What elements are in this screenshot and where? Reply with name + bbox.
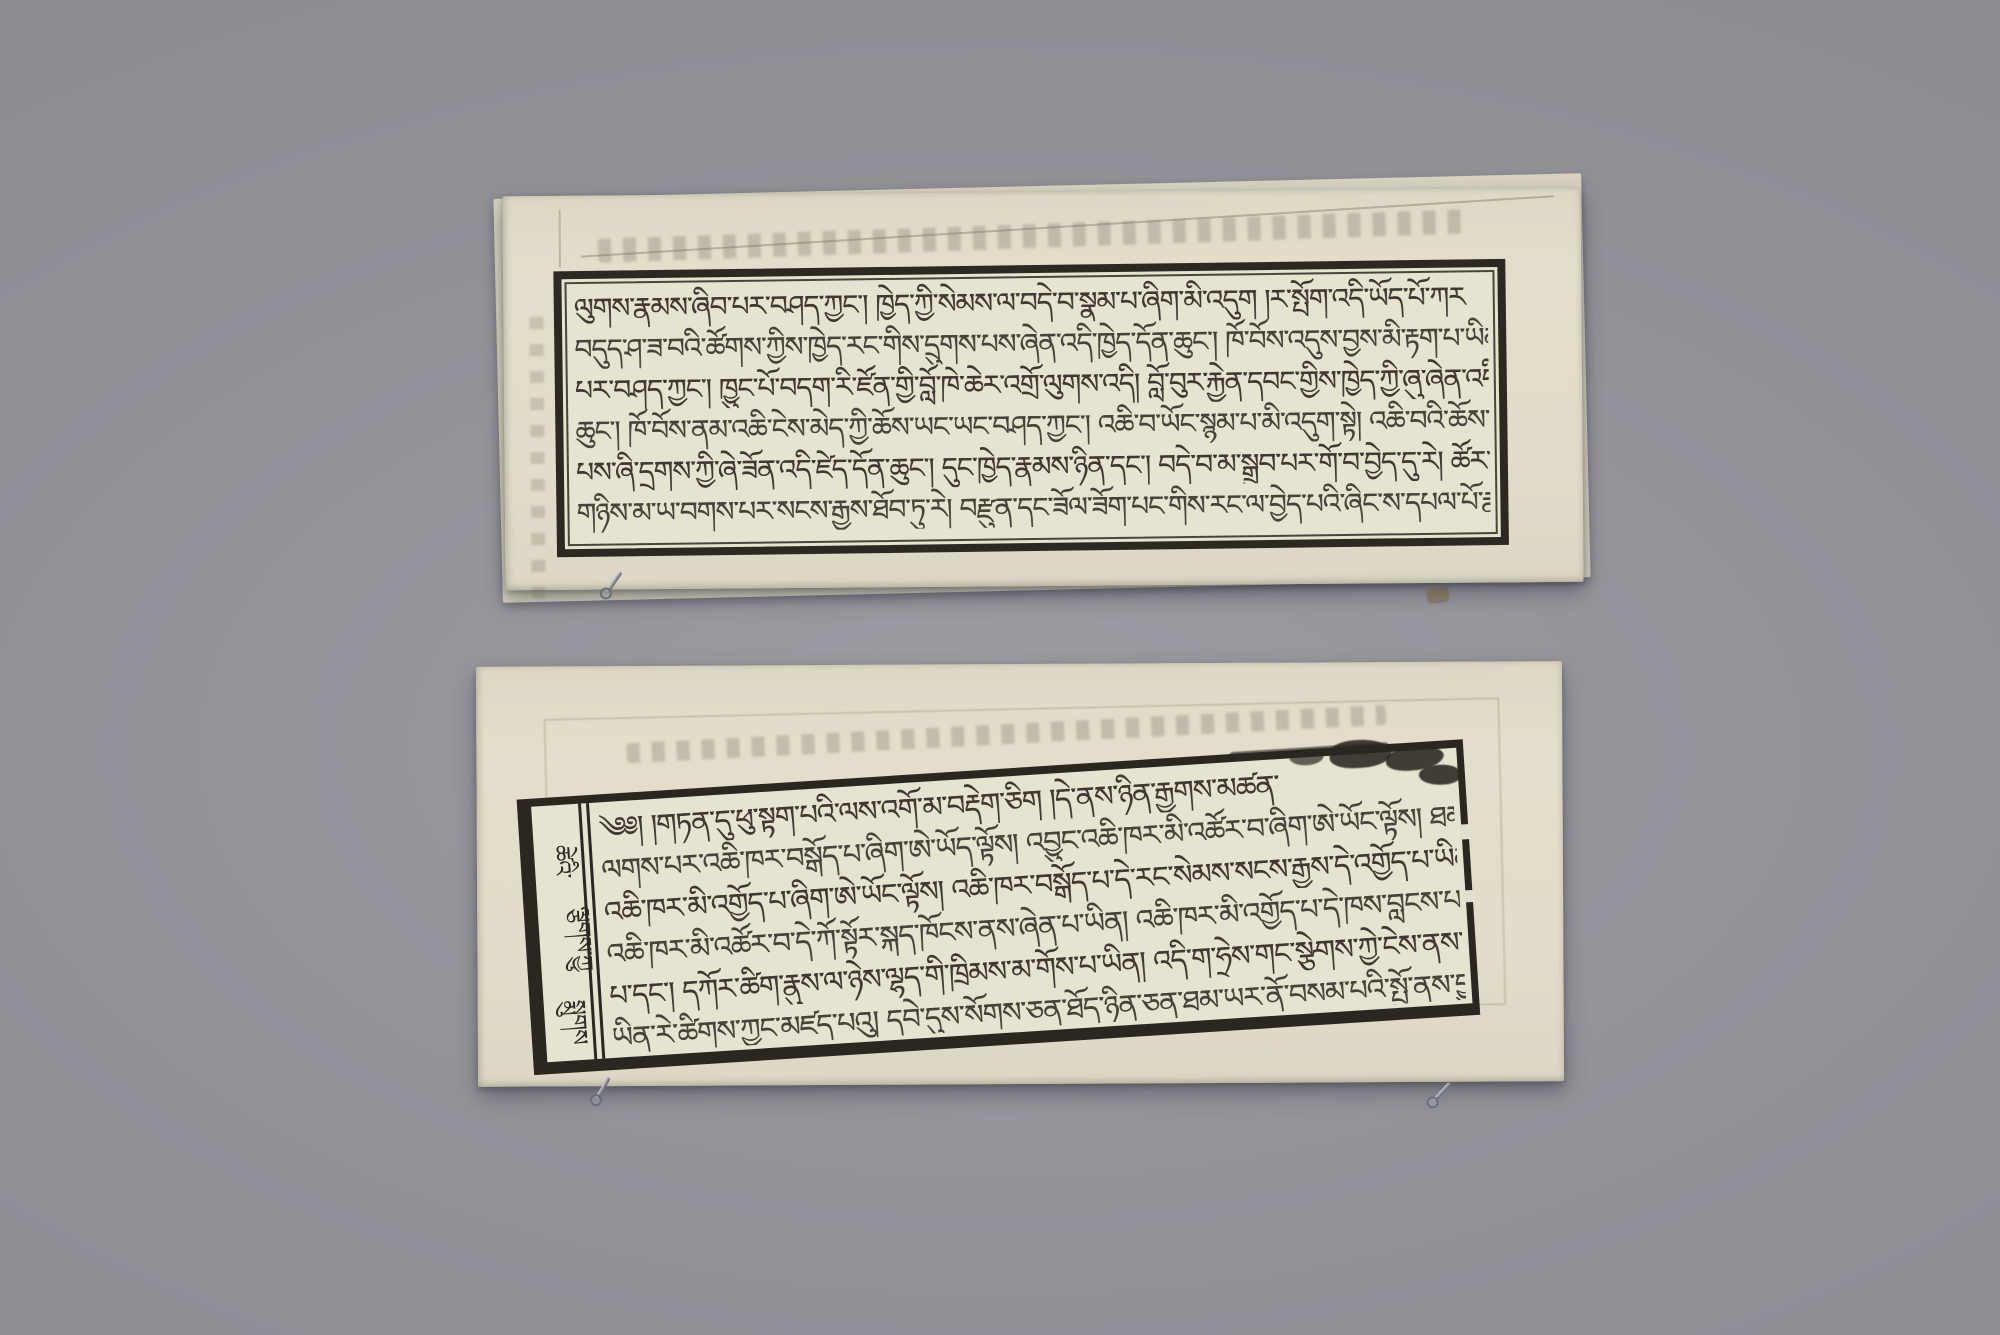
woodblock-print-frame: ཚེའི་ ལྕགས་ཀྱུ སྨུགས ༄༅། །གཏན་དུ་ཕུ་སྟག་… bbox=[517, 739, 1481, 1075]
text-block: ༄༅། །གཏན་དུ་ཕུ་སྟག་པའི་ལས་འགོ་མ་བརྡེག་ཅི… bbox=[597, 752, 1466, 1054]
wire-pin bbox=[1432, 1082, 1451, 1103]
margin-title-segment: སྨུགས bbox=[537, 998, 605, 1046]
border-break bbox=[1459, 824, 1471, 840]
ghost-margin-impression bbox=[529, 314, 545, 599]
bottom-manuscript-leaf: ཚེའི་ ལྕགས་ཀྱུ སྨུགས ༄༅། །གཏན་དུ་ཕུ་སྟག་… bbox=[476, 661, 1564, 1087]
margin-column: ཚེའི་ ལྕགས་ཀྱུ སྨུགས bbox=[531, 804, 597, 1063]
photograph-of-manuscript-leaves: { "scene": { "description": "Two cream-c… bbox=[0, 0, 2000, 1335]
top-manuscript-leaf: ལུགས་རྣམས་ཞིབ་པར་བཤད་ཀྱང་། ཁྱེད་ཀྱི་སེམས… bbox=[502, 188, 1583, 590]
backing-sheet-side-edge bbox=[559, 210, 561, 268]
text-block: ལུགས་རྣམས་ཞིབ་པར་བཤད་ཀྱང་། ཁྱེད་ཀྱི་སེམས… bbox=[574, 275, 1491, 543]
margin-title-segment: ལྕགས་ཀྱུ bbox=[541, 905, 610, 973]
rust-tab bbox=[1427, 587, 1448, 602]
margin-title-segment: ཚེའི་ bbox=[522, 843, 589, 880]
border-break bbox=[1463, 890, 1475, 903]
ghost-setoff-impression bbox=[598, 209, 1468, 263]
woodblock-print-frame: ལུགས་རྣམས་ཞིབ་པར་བཤད་ཀྱང་། ཁྱེད་ཀྱི་སེམས… bbox=[553, 259, 1509, 557]
